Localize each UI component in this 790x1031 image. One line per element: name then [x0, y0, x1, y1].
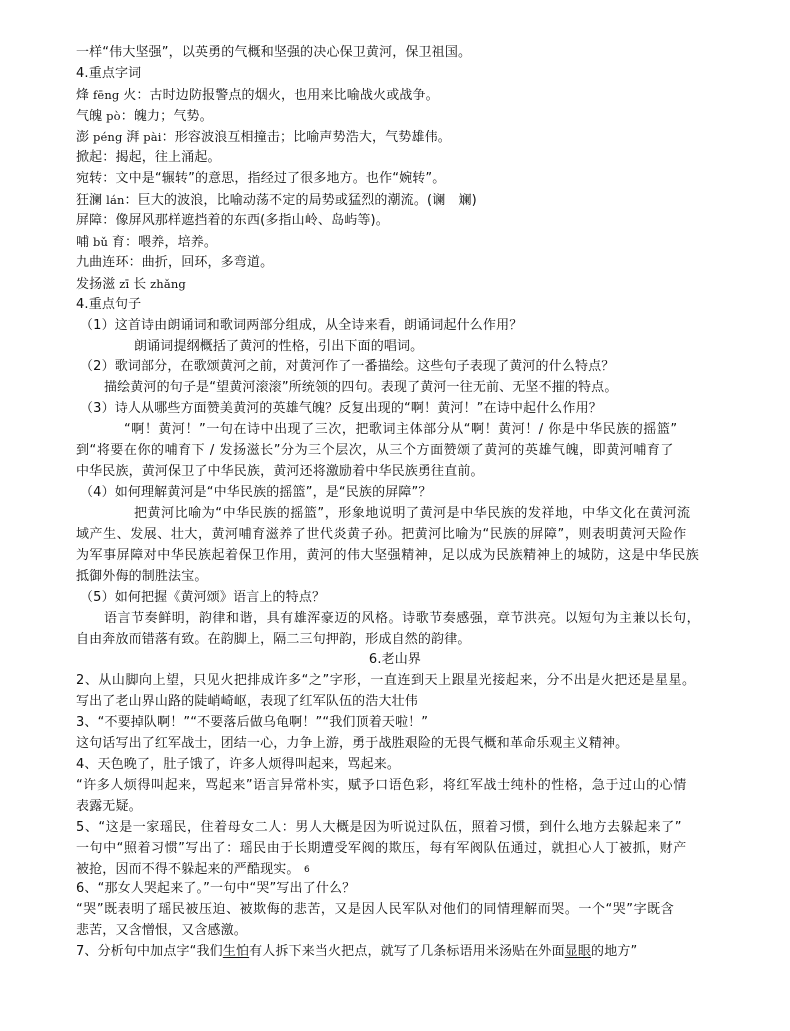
answer-3-line: 中华民族，黄河保卫了中华民族，黄河还将激励着中华民族勇往直前。: [76, 463, 484, 481]
answer-1: 朗诵词提纲概括了黄河的性格，引出下面的唱词。: [134, 338, 423, 356]
vocab-word: 哺: [76, 235, 89, 250]
page-number-marker: 6: [304, 866, 310, 875]
vocab-definition: 育：喂养，培养。: [112, 235, 217, 250]
vocab-word: 烽: [76, 88, 89, 103]
answer-5-line: 自由奔放而错落有致。在韵脚上，隔二三句押韵，形成自然的韵律。: [76, 631, 471, 649]
answer-3-line: “啊！黄河！”一句在诗中出现了三次，把歌词主体部分从“啊！黄河！/ 你是中华民族…: [124, 421, 678, 439]
answer-3-line: 到“将要在你的哺育下 / 发扬滋长”分为三个层次，从三个方面赞颂了黄河的英雄气魄…: [76, 442, 674, 460]
answer-4-line: 抵御外侮的制胜法宝。: [76, 568, 208, 586]
vocab-word: 气魄: [76, 109, 102, 124]
item-7: 7、分析句中加点字“我们生怕有人拆下来当火把点，就写了几条标语用米汤贴在外面显眼…: [76, 943, 637, 961]
pinyin: bǔ: [89, 235, 112, 249]
section-title-laoshanjie: 6.老山界: [0, 651, 790, 669]
question-3: （3）诗人从哪些方面赞美黄河的英雄气魄？反复出现的“啊！黄河！”在诗中起什么作用…: [80, 400, 602, 418]
question-4: （4）如何理解黄河是“中华民族的摇篮”，是“民族的屏障”？: [80, 484, 432, 502]
item-7-text: 有人拆下来当火把点，就写了几条标语用米汤贴在外面: [249, 944, 565, 959]
vocab-entry: 狂澜 lán：巨大的波浪，比喻动荡不定的局势或猛烈的潮流。(谰 斓): [76, 191, 477, 210]
pinyin: lán: [102, 193, 124, 207]
vocab-entry: 掀起：揭起，往上涌起。: [76, 149, 221, 167]
vocab-definition: ：形容波浪互相撞击；比喻声势浩大，气势雄伟。: [162, 130, 451, 145]
vocab-word: 狂澜: [76, 193, 102, 208]
answer-4-line: 为军事屏障对中华民族起着保卫作用，黄河的伟大坚强精神，足以成为民族精神上的城防，…: [76, 547, 699, 565]
item-7-text: 的地方”: [591, 944, 637, 959]
answer-2: 描绘黄河的句子是“望黄河滚滚”所统领的四句。表现了黄河一往无前、无坚不摧的特点。: [104, 379, 617, 397]
item-6-answer: 悲苦，又含憎恨，又含感激。: [76, 922, 247, 940]
vocab-entry: 九曲连环：曲折，回环，多弯道。: [76, 254, 273, 272]
underlined-word: 生怕: [223, 944, 249, 959]
section-heading-key-words: 4.重点字词: [76, 65, 141, 83]
pinyin: zī: [115, 277, 133, 291]
pinyin: pò: [102, 109, 120, 123]
vocab-entry: 宛转：文中是“辗转”的意思，指经过了很多地方。也作“婉转”。: [76, 170, 445, 188]
question-2: （2）歌词部分，在歌颂黄河之前，对黄河作了一番描绘。这些句子表现了黄河的什么特点…: [80, 358, 614, 376]
vocab-definition: ：魄力；气势。: [121, 109, 213, 124]
pinyin: zhǎng: [146, 277, 186, 291]
item-5-answer: 被抢，因而不得不躲起来的严酷现实。: [76, 861, 300, 879]
underlined-word: 显眼: [565, 944, 591, 959]
vocab-entry: 发扬滋 zī 长 zhǎng: [76, 275, 186, 294]
question-1: （1）这首诗由朗诵词和歌词两部分组成，从全诗来看，朗诵词起什么作用？: [80, 317, 522, 335]
item-6-answer: “哭”既表明了瑶民被压迫、被欺侮的悲苦，又是因人民军队对他们的同情理解而哭。一个…: [76, 901, 674, 919]
item-6: 6、“那女人哭起来了。”一句中“哭”写出了什么？: [76, 880, 355, 898]
vocab-entry: 澎 péng 湃 pài：形容波浪互相撞击；比喻声势浩大，气势雄伟。: [76, 128, 451, 147]
answer-4-line: 域产生、发展、壮大，黄河哺育滋养了世代炎黄子孙。把黄河比喻为“民族的屏障”，则表…: [76, 526, 687, 544]
item-2: 2、从山脚向上望，只见火把排成许多“之”字形，一直连到天上跟星光接起来，分不出是…: [76, 672, 696, 690]
item-2-answer: 写出了老山界山路的陡峭崎岖，表现了红军队伍的浩大壮伟: [76, 693, 418, 711]
pinyin: péng: [89, 130, 126, 144]
item-7-text: 7、分析句中加点字“我们: [76, 944, 223, 959]
vocab-definition: 火：古时边防报警点的烟火，也用来比喻战火或战争。: [123, 88, 439, 103]
pinyin: pài: [139, 130, 161, 144]
item-4: 4、天色晚了，肚子饿了，许多人烦得叫起来，骂起来。: [76, 756, 400, 774]
pinyin: fēng: [89, 88, 123, 102]
document-page: 一样“伟大坚强”，以英勇的气概和坚强的决心保卫黄河，保卫祖国。 4.重点字词 烽…: [0, 0, 790, 1031]
answer-5-line: 语言节奏鲜明，韵律和谐，具有雄浑豪迈的风格。诗歌节奏感强，章节洪亮。以短句为主兼…: [104, 610, 700, 628]
text-line: 一样“伟大坚强”，以英勇的气概和坚强的决心保卫黄河，保卫祖国。: [76, 44, 471, 62]
item-3: 3、“不要掉队啊！”“不要落后做乌龟啊！”“我们顶着天啦！”: [76, 714, 428, 732]
vocab-entry: 屏障：像屏风那样遮挡着的东西(多指山岭、岛屿等)。: [76, 212, 389, 230]
vocab-entry: 烽 fēng 火：古时边防报警点的烟火，也用来比喻战火或战争。: [76, 86, 439, 105]
item-3-answer: 这句话写出了红军战士，团结一心，力争上游，勇于战胜艰险的无畏气概和革命乐观主义精…: [76, 735, 628, 753]
item-4-answer: “许多人烦得叫起来，骂起来”语言异常朴实，赋予口语色彩，将红军战士纯朴的性格，急…: [76, 777, 687, 795]
vocab-word: 长: [133, 277, 146, 292]
vocab-definition: ：巨大的波浪，比喻动荡不定的局势或猛烈的潮流。(谰 斓): [125, 193, 477, 208]
vocab-word: 发扬滋: [76, 277, 115, 292]
vocab-entry: 哺 bǔ 育：喂养，培养。: [76, 233, 217, 252]
answer-4-line: 把黄河比喻为“中华民族的摇篮”，形象地说明了黄河是中华民族的发祥地，中华文化在黄…: [134, 505, 691, 523]
item-5: 5、“这是一家瑶民，住着母女二人：男人大概是因为听说过队伍，照着习惯，到什么地方…: [76, 819, 682, 837]
vocab-word: 湃: [126, 130, 139, 145]
vocab-word: 澎: [76, 130, 89, 145]
vocab-entry: 气魄 pò：魄力；气势。: [76, 107, 213, 126]
item-5-answer: 一句中“照着习惯”写出了：瑶民由于长期遭受军阀的欺压，每有军阀队伍通过，就担心人…: [76, 840, 687, 858]
section-heading-key-sentences: 4.重点句子: [76, 296, 141, 314]
question-5: （5）如何把握《黄河颂》语言上的特点？: [80, 589, 325, 607]
item-4-answer: 表露无疑。: [76, 798, 142, 816]
